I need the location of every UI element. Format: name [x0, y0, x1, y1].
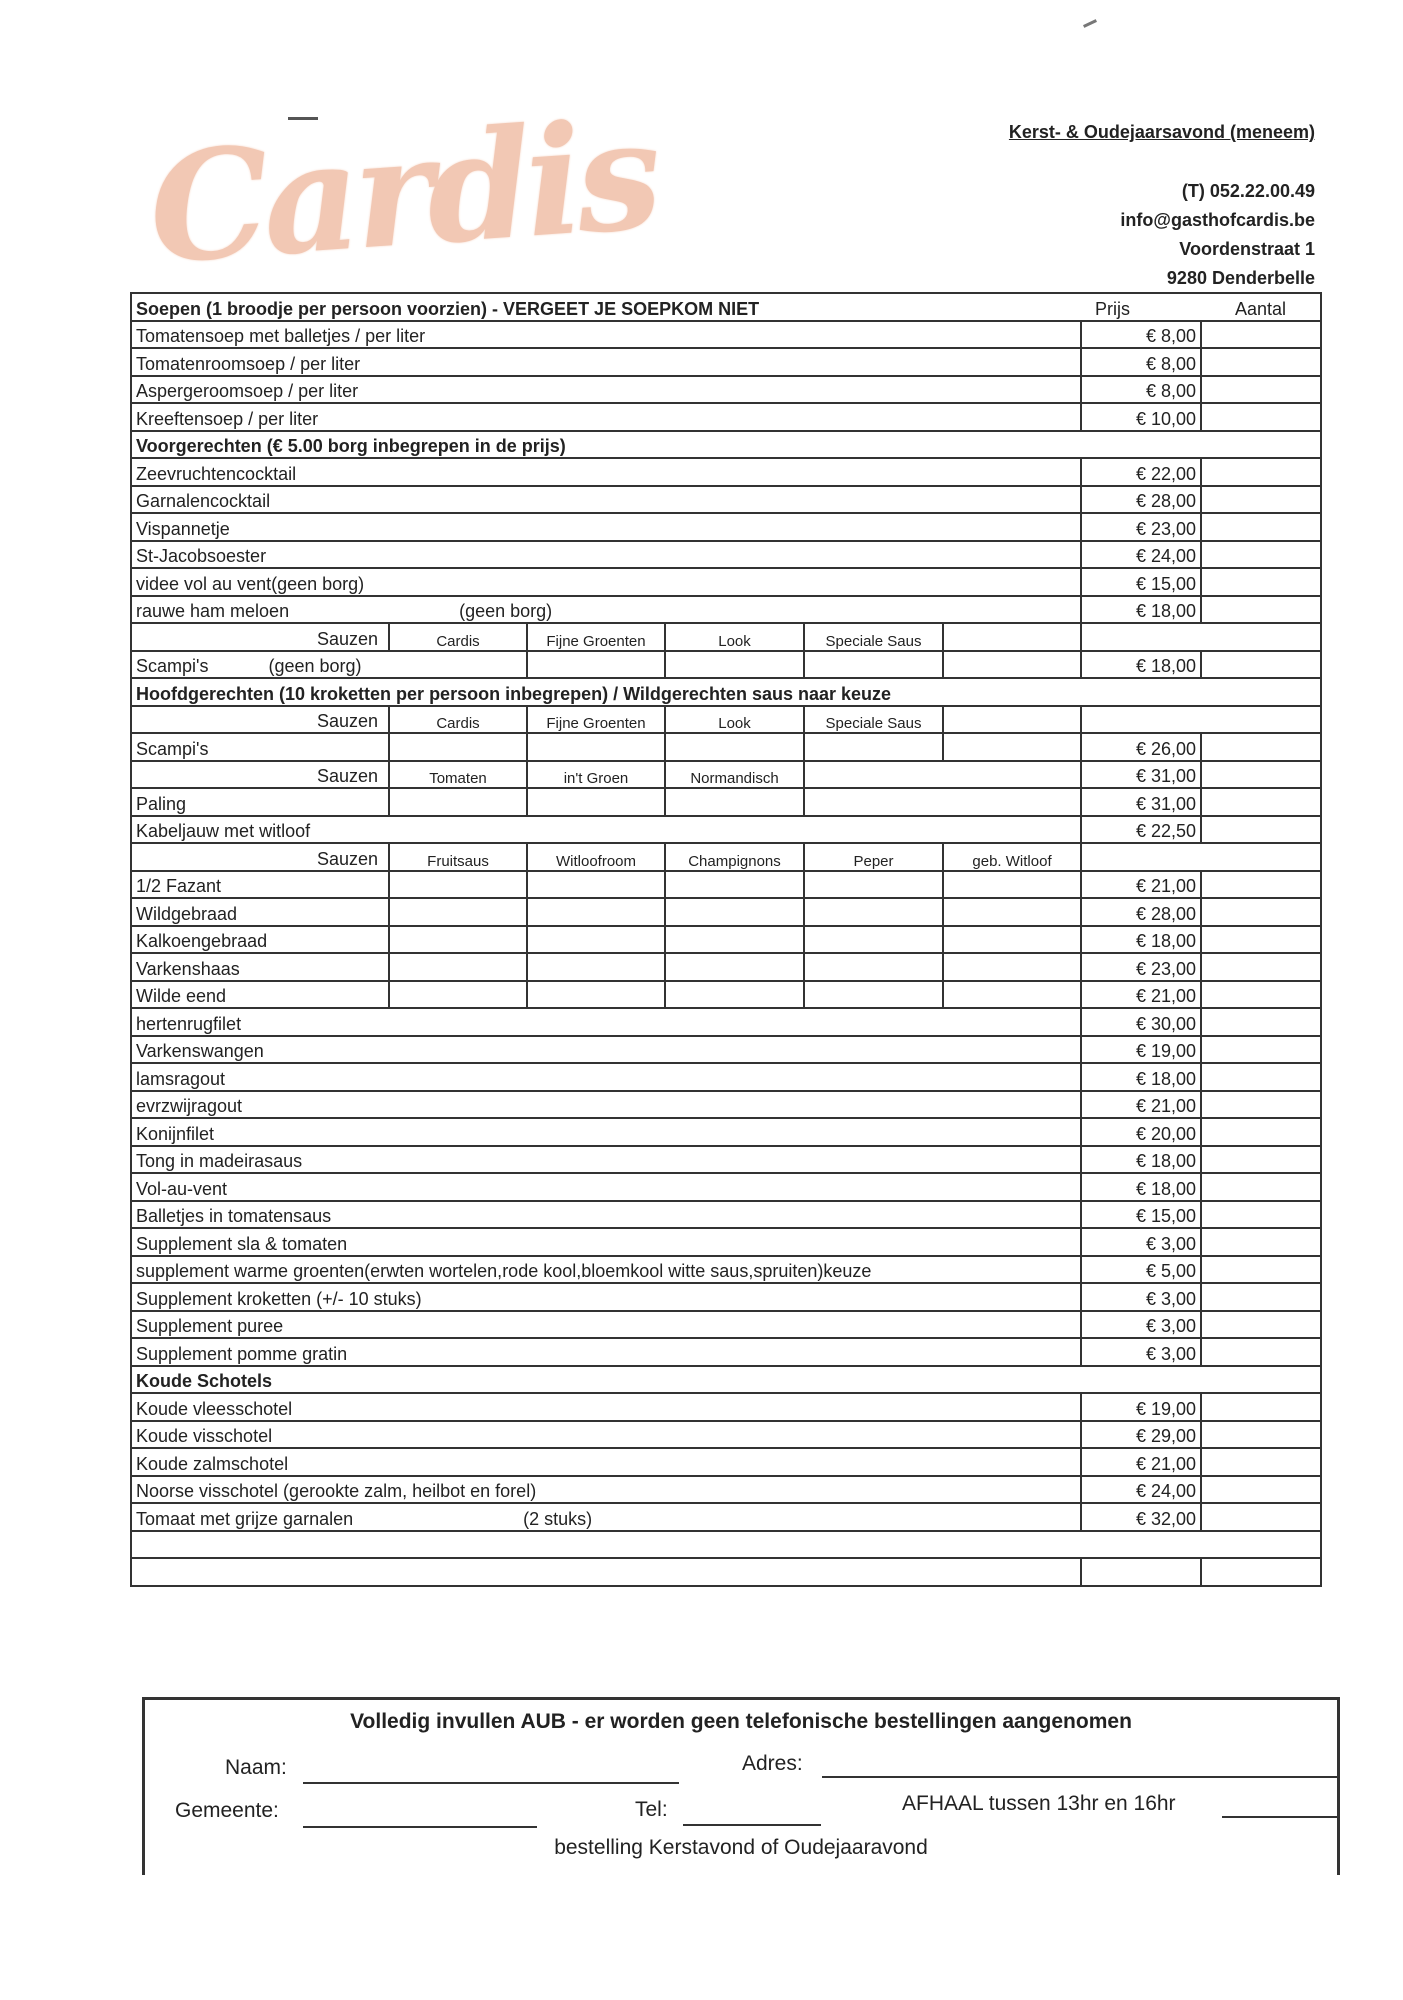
- item-price: € 22,00: [1081, 458, 1201, 486]
- item-price: € 31,00: [1081, 761, 1201, 789]
- item-price: € 22,50: [1081, 816, 1201, 844]
- sauce-choice-cell[interactable]: [527, 871, 665, 899]
- sauce-choice-cell[interactable]: [389, 788, 527, 816]
- empty-cell: [943, 623, 1081, 651]
- item-price: € 28,00: [1081, 898, 1201, 926]
- table-row: Varkenswangen€ 19,00: [131, 1036, 1321, 1064]
- item-price: € 19,00: [1081, 1036, 1201, 1064]
- sauce-choice-cell[interactable]: [665, 926, 804, 954]
- item-name: Koude vleesschotel: [131, 1393, 1081, 1421]
- table-row: Koude zalmschotel€ 21,00: [131, 1448, 1321, 1476]
- quantity-cell[interactable]: [1201, 1173, 1321, 1201]
- quantity-cell[interactable]: [1201, 596, 1321, 624]
- quantity-cell[interactable]: [1201, 1476, 1321, 1504]
- quantity-cell[interactable]: [1201, 1338, 1321, 1366]
- empty-cell: [804, 788, 1081, 816]
- item-price: € 24,00: [1081, 541, 1201, 569]
- quantity-cell[interactable]: [1201, 1091, 1321, 1119]
- sauce-label: Sauzen: [131, 706, 389, 734]
- sauce-option: Cardis: [389, 706, 527, 734]
- table-row: Supplement puree€ 3,00: [131, 1311, 1321, 1339]
- empty-cell: [1081, 843, 1321, 871]
- item-price: € 15,00: [1081, 568, 1201, 596]
- item-name: Scampi's(geen borg): [131, 651, 527, 679]
- empty-cell[interactable]: [131, 1558, 1081, 1586]
- item-price: € 32,00: [1081, 1503, 1201, 1531]
- item-name: Kreeftensoep / per liter: [131, 403, 1081, 431]
- sauce-option: Peper: [804, 843, 943, 871]
- soepen-title: Soepen (1 broodje per persoon voorzien) …: [131, 293, 1081, 321]
- item-note: (geen borg): [268, 656, 361, 677]
- item-price: € 10,00: [1081, 403, 1201, 431]
- quantity-cell[interactable]: [1201, 1008, 1321, 1036]
- table-row: Varkenshaas€ 23,00: [131, 953, 1321, 981]
- empty-cell: [1081, 623, 1321, 651]
- sauce-choice-cell[interactable]: [527, 926, 665, 954]
- quantity-column-header: Aantal: [1201, 293, 1321, 321]
- logo-text: Cardis: [144, 93, 615, 295]
- item-price: € 3,00: [1081, 1283, 1201, 1311]
- sauce-choice-cell[interactable]: [389, 953, 527, 981]
- quantity-cell[interactable]: [1201, 1421, 1321, 1449]
- address-field[interactable]: [822, 1776, 1337, 1778]
- item-price: € 18,00: [1081, 1063, 1201, 1091]
- item-name: Vol-au-vent: [131, 1173, 1081, 1201]
- table-row: Wildgebraad€ 28,00: [131, 898, 1321, 926]
- sauce-choice-cell[interactable]: [389, 898, 527, 926]
- table-row: supplement warme groenten(erwten wortele…: [131, 1256, 1321, 1284]
- koude-schotels-header-row: Koude Schotels: [131, 1366, 1321, 1394]
- empty-cell[interactable]: [131, 1531, 1321, 1559]
- voorgerechten-title: Voorgerechten (€ 5.00 borg inbegrepen in…: [131, 431, 1321, 459]
- quantity-cell[interactable]: [1201, 376, 1321, 404]
- item-name: Varkenshaas: [131, 953, 389, 981]
- item-name: Kalkoengebraad: [131, 926, 389, 954]
- item-name: Supplement pomme gratin: [131, 1338, 1081, 1366]
- item-price: € 29,00: [1081, 1421, 1201, 1449]
- price-column-header: Prijs: [1081, 293, 1201, 321]
- item-name: Wildgebraad: [131, 898, 389, 926]
- quantity-cell[interactable]: [1201, 1201, 1321, 1229]
- item-price: € 21,00: [1081, 871, 1201, 899]
- quantity-cell[interactable]: [1201, 981, 1321, 1009]
- table-row: Kalkoengebraad€ 18,00: [131, 926, 1321, 954]
- item-name: Aspergeroomsoep / per liter: [131, 376, 1081, 404]
- cardis-logo: Cardis: [150, 125, 610, 295]
- item-price: € 8,00: [1081, 321, 1201, 349]
- hoofdgerechten-title: Hoofdgerechten (10 kroketten per persoon…: [131, 678, 1321, 706]
- empty-cell: [943, 651, 1081, 679]
- soepen-header-row: Soepen (1 broodje per persoon voorzien) …: [131, 293, 1321, 321]
- quantity-cell[interactable]: [1201, 403, 1321, 431]
- empty-cell: [943, 733, 1081, 761]
- item-name: Supplement sla & tomaten: [131, 1228, 1081, 1256]
- quantity-cell[interactable]: [1201, 1311, 1321, 1339]
- item-name: hertenrugfilet: [131, 1008, 1081, 1036]
- item-price: € 18,00: [1081, 651, 1201, 679]
- sauce-choice-cell[interactable]: [804, 651, 943, 679]
- table-row: Wilde eend€ 21,00: [131, 981, 1321, 1009]
- order-table: Soepen (1 broodje per persoon voorzien) …: [130, 292, 1322, 1587]
- item-price: € 18,00: [1081, 926, 1201, 954]
- item-price: € 5,00: [1081, 1256, 1201, 1284]
- pickup-label: AFHAAL tussen 13hr en 16hr: [902, 1792, 1176, 1816]
- sauce-choice-cell[interactable]: [389, 733, 527, 761]
- item-name: Tomatenroomsoep / per liter: [131, 348, 1081, 376]
- item-name: Supplement kroketten (+/- 10 stuks): [131, 1283, 1081, 1311]
- order-evening-label: bestelling Kerstavond of Oudejaaravond: [145, 1836, 1337, 1860]
- address-label: Adres:: [742, 1752, 803, 1776]
- item-price: € 31,00: [1081, 788, 1201, 816]
- sauce-choice-cell[interactable]: [665, 898, 804, 926]
- item-price: € 30,00: [1081, 1008, 1201, 1036]
- item-price: € 23,00: [1081, 513, 1201, 541]
- table-row: Paling€ 31,00: [131, 788, 1321, 816]
- empty-cell: [804, 761, 1081, 789]
- item-name: rauwe ham meloen(geen borg): [131, 596, 1081, 624]
- item-name: Zeevruchtencocktail: [131, 458, 1081, 486]
- sauce-choice-cell[interactable]: [665, 981, 804, 1009]
- quantity-cell[interactable]: [1201, 1036, 1321, 1064]
- item-name: Paling: [131, 788, 389, 816]
- item-name: Noorse visschotel (gerookte zalm, heilbo…: [131, 1476, 1081, 1504]
- table-row: Aspergeroomsoep / per liter€ 8,00: [131, 376, 1321, 404]
- quantity-cell[interactable]: [1201, 1503, 1321, 1531]
- table-row: Kreeftensoep / per liter€ 10,00: [131, 403, 1321, 431]
- sauce-option: Tomaten: [389, 761, 527, 789]
- table-row: Konijnfilet€ 20,00: [131, 1118, 1321, 1146]
- sauce-option: Look: [665, 623, 804, 651]
- quantity-cell[interactable]: [1201, 321, 1321, 349]
- item-price: € 21,00: [1081, 1091, 1201, 1119]
- item-price: € 28,00: [1081, 486, 1201, 514]
- sauce-options-row: SauzenCardisFijne GroentenLookSpeciale S…: [131, 623, 1321, 651]
- municipality-label: Gemeente:: [175, 1799, 279, 1823]
- table-row: St-Jacobsoester€ 24,00: [131, 541, 1321, 569]
- table-row: rauwe ham meloen(geen borg)€ 18,00: [131, 596, 1321, 624]
- item-name: Tong in madeirasaus: [131, 1146, 1081, 1174]
- quantity-cell[interactable]: [1201, 898, 1321, 926]
- sauce-option: Look: [665, 706, 804, 734]
- sauce-choice-cell[interactable]: [804, 981, 943, 1009]
- quantity-cell[interactable]: [1201, 541, 1321, 569]
- quantity-cell[interactable]: [1201, 486, 1321, 514]
- item-price: € 21,00: [1081, 981, 1201, 1009]
- item-name: Kabeljauw met witloof: [131, 816, 1081, 844]
- sauce-choice-cell[interactable]: [389, 871, 527, 899]
- empty-row: [131, 1531, 1321, 1559]
- empty-cell: [1081, 706, 1321, 734]
- quantity-cell[interactable]: [1201, 761, 1321, 789]
- item-name: Vispannetje: [131, 513, 1081, 541]
- municipality-field[interactable]: [303, 1826, 537, 1828]
- item-name: 1/2 Fazant: [131, 871, 389, 899]
- item-name: Konijnfilet: [131, 1118, 1081, 1146]
- sauce-choice-cell[interactable]: [943, 871, 1081, 899]
- item-price: € 26,00: [1081, 733, 1201, 761]
- table-row: Koude visschotel€ 29,00: [131, 1421, 1321, 1449]
- sauce-choice-cell[interactable]: [665, 788, 804, 816]
- sauce-choice-cell[interactable]: [527, 953, 665, 981]
- name-label: Naam:: [225, 1756, 287, 1780]
- item-note: (2 stuks): [523, 1509, 592, 1530]
- phone-field[interactable]: [683, 1824, 821, 1826]
- sauce-option: geb. Witloof: [943, 843, 1081, 871]
- item-name: Tomaat met grijze garnalen(2 stuks): [131, 1503, 1081, 1531]
- sauce-choice-cell[interactable]: [943, 898, 1081, 926]
- quantity-cell[interactable]: [1201, 1558, 1321, 1586]
- sauce-choice-cell[interactable]: [943, 981, 1081, 1009]
- sauce-choice-cell[interactable]: [389, 981, 527, 1009]
- item-name: Koude zalmschotel: [131, 1448, 1081, 1476]
- table-row: Supplement sla & tomaten€ 3,00: [131, 1228, 1321, 1256]
- sauce-choice-cell[interactable]: [665, 733, 804, 761]
- table-row: Garnalencocktail€ 28,00: [131, 486, 1321, 514]
- table-row: Koude vleesschotel€ 19,00: [131, 1393, 1321, 1421]
- item-name: Supplement puree: [131, 1311, 1081, 1339]
- quantity-cell[interactable]: [1201, 1146, 1321, 1174]
- sauce-options-row: SauzenFruitsausWitloofroomChampignonsPep…: [131, 843, 1321, 871]
- city-address: 9280 Denderbelle: [1009, 264, 1315, 293]
- item-price: € 8,00: [1081, 348, 1201, 376]
- quantity-cell[interactable]: [1201, 513, 1321, 541]
- quantity-cell[interactable]: [1201, 1118, 1321, 1146]
- item-name: supplement warme groenten(erwten wortele…: [131, 1256, 1081, 1284]
- item-price: € 3,00: [1081, 1311, 1201, 1339]
- sauce-choice-cell[interactable]: [943, 926, 1081, 954]
- name-field[interactable]: [303, 1782, 679, 1784]
- item-name: St-Jacobsoester: [131, 541, 1081, 569]
- quantity-cell[interactable]: [1201, 788, 1321, 816]
- table-row: evrzwijragout€ 21,00: [131, 1091, 1321, 1119]
- sauce-choice-cell[interactable]: [527, 981, 665, 1009]
- table-row: Vol-au-vent€ 18,00: [131, 1173, 1321, 1201]
- sauce-option: Champignons: [665, 843, 804, 871]
- item-name: Varkenswangen: [131, 1036, 1081, 1064]
- pen-mark: [1083, 19, 1097, 28]
- sauce-choice-cell[interactable]: [527, 788, 665, 816]
- sauce-choice-cell[interactable]: [527, 651, 665, 679]
- table-row: Supplement kroketten (+/- 10 stuks)€ 3,0…: [131, 1283, 1321, 1311]
- sauce-option: Fijne Groenten: [527, 706, 665, 734]
- item-name: Balletjes in tomatensaus: [131, 1201, 1081, 1229]
- item-price: € 15,00: [1081, 1201, 1201, 1229]
- sauce-label: Sauzen: [131, 623, 389, 651]
- sauce-option: Fruitsaus: [389, 843, 527, 871]
- quantity-cell[interactable]: [1201, 1063, 1321, 1091]
- item-price: € 3,00: [1081, 1338, 1201, 1366]
- table-row: Tomatenroomsoep / per liter€ 8,00: [131, 348, 1321, 376]
- table-row: Kabeljauw met witloof€ 22,50: [131, 816, 1321, 844]
- sauce-options-row: SauzenCardisFijne GroentenLookSpeciale S…: [131, 706, 1321, 734]
- sauce-choice-cell[interactable]: [665, 871, 804, 899]
- sauce-choice-cell[interactable]: [527, 733, 665, 761]
- sauce-option: Witloofroom: [527, 843, 665, 871]
- table-row: Scampi's€ 26,00: [131, 733, 1321, 761]
- phone-label: Tel:: [635, 1798, 668, 1822]
- item-note: (geen borg): [459, 601, 552, 622]
- sauce-choice-cell[interactable]: [804, 898, 943, 926]
- quantity-cell[interactable]: [1201, 953, 1321, 981]
- item-price: € 18,00: [1081, 596, 1201, 624]
- quantity-cell[interactable]: [1201, 1283, 1321, 1311]
- table-row: Supplement pomme gratin€ 3,00: [131, 1338, 1321, 1366]
- sauce-choice-cell[interactable]: [527, 898, 665, 926]
- item-name: Koude visschotel: [131, 1421, 1081, 1449]
- hoofdgerechten-header-row: Hoofdgerechten (10 kroketten per persoon…: [131, 678, 1321, 706]
- header-info: Kerst- & Oudejaarsavond (meneem) (T) 052…: [1009, 118, 1315, 293]
- table-row: Tomaat met grijze garnalen(2 stuks)€ 32,…: [131, 1503, 1321, 1531]
- email-address: info@gasthofcardis.be: [1009, 206, 1315, 235]
- quantity-cell[interactable]: [1201, 1393, 1321, 1421]
- empty-price-cell: [1081, 1558, 1201, 1586]
- quantity-cell[interactable]: [1201, 733, 1321, 761]
- item-price: € 18,00: [1081, 1146, 1201, 1174]
- customer-details-form: Volledig invullen AUB - er worden geen t…: [142, 1697, 1340, 1875]
- sauce-label: Sauzen: [131, 843, 389, 871]
- quantity-cell[interactable]: [1201, 348, 1321, 376]
- table-row: 1/2 Fazant€ 21,00: [131, 871, 1321, 899]
- item-name: Tomatensoep met balletjes / per liter: [131, 321, 1081, 349]
- sauce-options-row: SauzenTomatenin't GroenNormandisch€ 31,0…: [131, 761, 1321, 789]
- table-row: Zeevruchtencocktail€ 22,00: [131, 458, 1321, 486]
- quantity-cell[interactable]: [1201, 1228, 1321, 1256]
- item-name: Scampi's: [131, 733, 389, 761]
- sauce-choice-cell[interactable]: [804, 926, 943, 954]
- item-price: € 24,00: [1081, 1476, 1201, 1504]
- sauce-choice-cell[interactable]: [804, 871, 943, 899]
- sauce-option: Speciale Saus: [804, 623, 943, 651]
- table-row: lamsragout€ 18,00: [131, 1063, 1321, 1091]
- item-name: lamsragout: [131, 1063, 1081, 1091]
- sauce-option: in't Groen: [527, 761, 665, 789]
- item-name: evrzwijragout: [131, 1091, 1081, 1119]
- item-price: € 19,00: [1081, 1393, 1201, 1421]
- quantity-cell[interactable]: [1201, 926, 1321, 954]
- table-row: hertenrugfilet€ 30,00: [131, 1008, 1321, 1036]
- table-row: videe vol au vent(geen borg)€ 15,00: [131, 568, 1321, 596]
- item-price: € 23,00: [1081, 953, 1201, 981]
- document-title: Kerst- & Oudejaarsavond (meneem): [1009, 118, 1315, 147]
- koude-schotels-title: Koude Schotels: [131, 1366, 1321, 1394]
- quantity-cell[interactable]: [1201, 458, 1321, 486]
- form-instruction: Volledig invullen AUB - er worden geen t…: [145, 1710, 1337, 1734]
- sauce-choice-cell[interactable]: [804, 733, 943, 761]
- pickup-time-field[interactable]: [1222, 1816, 1337, 1818]
- phone-number: (T) 052.22.00.49: [1009, 177, 1315, 206]
- item-name: videe vol au vent(geen borg): [131, 568, 1081, 596]
- quantity-cell[interactable]: [1201, 568, 1321, 596]
- table-row: Tong in madeirasaus€ 18,00: [131, 1146, 1321, 1174]
- empty-row: [131, 1558, 1321, 1586]
- quantity-cell[interactable]: [1201, 1448, 1321, 1476]
- sauce-option: Cardis: [389, 623, 527, 651]
- sauce-label: Sauzen: [131, 761, 389, 789]
- table-row: Scampi's(geen borg)€ 18,00: [131, 651, 1321, 679]
- sauce-option: Normandisch: [665, 761, 804, 789]
- sauce-choice-cell[interactable]: [665, 953, 804, 981]
- sauce-choice-cell[interactable]: [804, 953, 943, 981]
- table-row: Vispannetje€ 23,00: [131, 513, 1321, 541]
- street-address: Voordenstraat 1: [1009, 235, 1315, 264]
- quantity-cell[interactable]: [1201, 871, 1321, 899]
- item-price: € 21,00: [1081, 1448, 1201, 1476]
- table-row: Balletjes in tomatensaus€ 15,00: [131, 1201, 1321, 1229]
- item-price: € 20,00: [1081, 1118, 1201, 1146]
- sauce-option: Speciale Saus: [804, 706, 943, 734]
- item-name: Garnalencocktail: [131, 486, 1081, 514]
- item-price: € 3,00: [1081, 1228, 1201, 1256]
- quantity-cell[interactable]: [1201, 1256, 1321, 1284]
- empty-cell: [943, 706, 1081, 734]
- item-price: € 8,00: [1081, 376, 1201, 404]
- item-price: € 18,00: [1081, 1173, 1201, 1201]
- item-name: Wilde eend: [131, 981, 389, 1009]
- sauce-choice-cell[interactable]: [389, 926, 527, 954]
- quantity-cell[interactable]: [1201, 816, 1321, 844]
- sauce-choice-cell[interactable]: [665, 651, 804, 679]
- sauce-choice-cell[interactable]: [943, 953, 1081, 981]
- table-row: Noorse visschotel (gerookte zalm, heilbo…: [131, 1476, 1321, 1504]
- sauce-option: Fijne Groenten: [527, 623, 665, 651]
- voorgerechten-header-row: Voorgerechten (€ 5.00 borg inbegrepen in…: [131, 431, 1321, 459]
- quantity-cell[interactable]: [1201, 651, 1321, 679]
- table-row: Tomatensoep met balletjes / per liter€ 8…: [131, 321, 1321, 349]
